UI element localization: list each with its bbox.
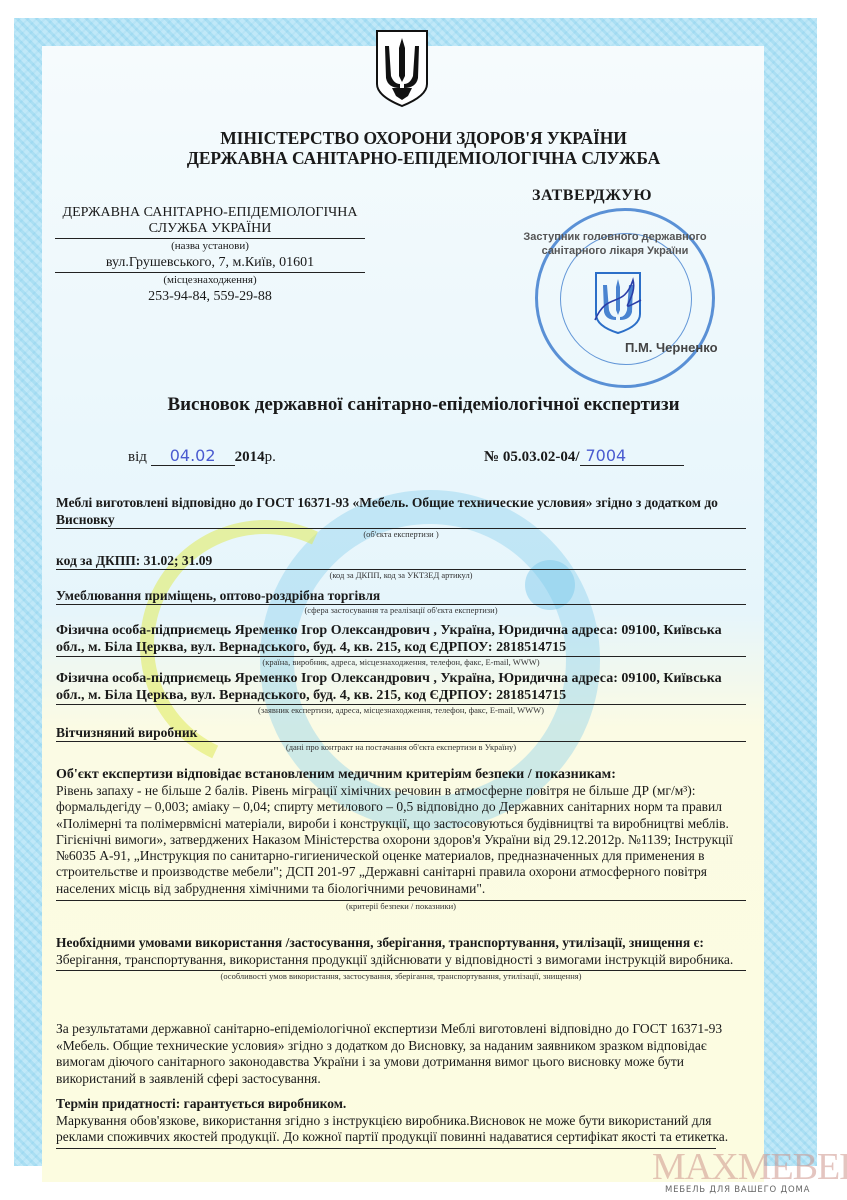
approve-label: ЗАТВЕРДЖУЮ	[532, 187, 652, 205]
code-text: код за ДКПП: 31.02; 31.09	[56, 552, 746, 569]
deputy-line1: Заступник головного державного	[490, 230, 740, 244]
shelf-life-text: Маркування обов'язкове, використання згі…	[56, 1113, 746, 1146]
field-applicant: Фізична особа-підприємець Яременко Ігор …	[56, 670, 746, 716]
document-title: Висновок державної санітарно-епідеміолог…	[0, 394, 847, 416]
scope-text: Умеблювання приміщень, оптово-роздрібна …	[56, 587, 746, 604]
conditions-caption: (особливості умов використання, застосув…	[56, 971, 746, 982]
conditions-text: Зберігання, транспортування, використанн…	[56, 951, 746, 968]
field-object: Меблі виготовлені відповідно до ГОСТ 163…	[56, 494, 746, 540]
criteria-heading: Об'єкт експертизи відповідає встановлени…	[56, 766, 746, 783]
document-number: № 05.03.02-04/7004	[484, 446, 684, 466]
object-text: Меблі виготовлені відповідно до ГОСТ 163…	[56, 494, 746, 528]
manufacturer-caption: (країна, виробник, адреса, місцезнаходже…	[56, 657, 746, 668]
maxmebel-logo: MAXMEBEL	[652, 1148, 847, 1186]
field-manufacturer: Фізична особа-підприємець Яременко Ігор …	[56, 622, 746, 668]
applicant-text: Фізична особа-підприємець Яременко Ігор …	[56, 670, 746, 704]
signer-name: П.М. Черненко	[625, 340, 718, 355]
field-scope: Умеблювання приміщень, оптово-роздрібна …	[56, 587, 746, 616]
number-handwritten: 7004	[580, 446, 684, 466]
date-prefix: від	[128, 449, 147, 465]
contract-text: Вітчизняний виробник	[56, 724, 746, 741]
institution-name-line1: ДЕРЖАВНА САНІТАРНО-ЕПІДЕМІОЛОГІЧНА	[55, 205, 365, 221]
document: МІНІСТЕРСТВО ОХОРОНИ ЗДОРОВ'Я УКРАЇНИ ДЕ…	[0, 0, 847, 1200]
object-caption: (об'єкта експертизи )	[56, 529, 746, 540]
applicant-caption: (заявник експертизи, адреса, місцезнаход…	[56, 705, 746, 716]
deputy-line2: санітарного лікаря України	[490, 244, 740, 258]
coat-of-arms-icon	[374, 28, 430, 108]
field-conditions: Необхідними умовами використання /застос…	[56, 934, 746, 982]
institution-name-caption: (назва установи)	[55, 239, 365, 253]
field-code: код за ДКПП: 31.02; 31.09 (код за ДКПП, …	[56, 552, 746, 581]
stamp-trident-icon	[593, 270, 643, 336]
divider	[56, 1148, 716, 1149]
code-caption: (код за ДКПП, код за УКТЗЕД артикул)	[56, 570, 746, 581]
deputy-title: Заступник головного державного санітарно…	[490, 230, 740, 258]
ministry-line2: ДЕРЖАВНА САНІТАРНО-ЕПІДЕМІОЛОГІЧНА СЛУЖБ…	[0, 148, 847, 168]
institution-block: ДЕРЖАВНА САНІТАРНО-ЕПІДЕМІОЛОГІЧНА СЛУЖБ…	[55, 205, 365, 305]
number-prefix: № 05.03.02-04/	[484, 449, 580, 465]
field-criteria: Об'єкт експертизи відповідає встановлени…	[56, 766, 746, 912]
field-contract: Вітчизняний виробник (дані про контракт …	[56, 724, 746, 753]
criteria-caption: (критерії безпеки / показники)	[56, 901, 746, 912]
conditions-heading: Необхідними умовами використання /застос…	[56, 934, 746, 951]
conclusion-paragraph: За результатами державної санітарно-епід…	[56, 1021, 746, 1087]
institution-name-line2: СЛУЖБА УКРАЇНИ	[55, 221, 365, 237]
date-suffix: р.	[265, 449, 276, 465]
shelf-life-section: Термін придатності: гарантується виробни…	[56, 1096, 746, 1149]
date-handwritten: 04.02	[151, 446, 235, 466]
institution-phones: 253-94-84, 559-29-88	[55, 289, 365, 305]
contract-caption: (дані про контракт на постачання об'єкта…	[56, 742, 746, 753]
date-year: 2014	[235, 449, 265, 465]
institution-address: вул.Грушевського, 7, м.Київ, 01601	[55, 255, 365, 271]
shelf-life-heading: Термін придатності: гарантується виробни…	[56, 1096, 746, 1113]
criteria-text: Рівень запаху - не більше 2 балів. Рівен…	[56, 783, 746, 897]
scope-caption: (сфера застосування та реалізації об'єкт…	[56, 605, 746, 616]
ministry-heading: МІНІСТЕРСТВО ОХОРОНИ ЗДОРОВ'Я УКРАЇНИ ДЕ…	[0, 128, 847, 168]
manufacturer-text: Фізична особа-підприємець Яременко Ігор …	[56, 622, 746, 656]
institution-address-caption: (місцезнаходження)	[55, 273, 365, 287]
issue-date: від 04.022014р.	[128, 446, 276, 466]
ministry-line1: МІНІСТЕРСТВО ОХОРОНИ ЗДОРОВ'Я УКРАЇНИ	[0, 128, 847, 148]
maxmebel-tagline: МЕБЕЛЬ ДЛЯ ВАШЕГО ДОМА	[665, 1185, 810, 1195]
